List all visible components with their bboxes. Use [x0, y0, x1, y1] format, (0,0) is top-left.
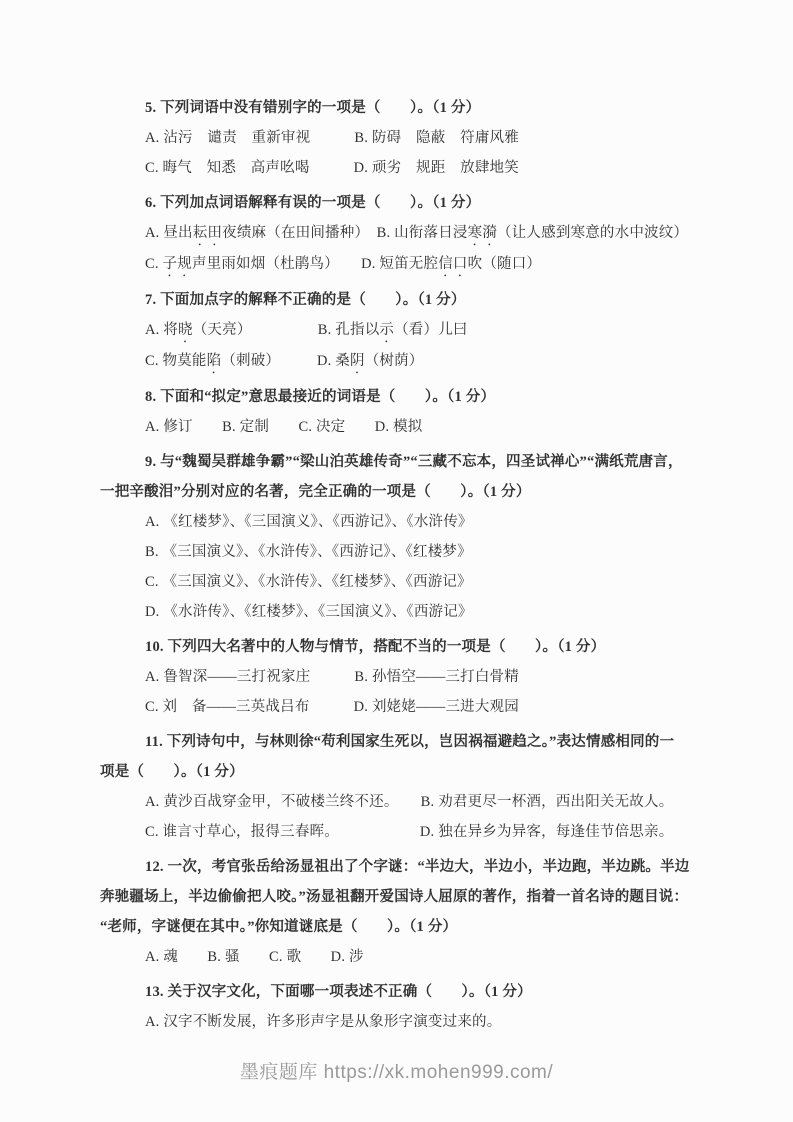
question-10: 10. 下列四大名著中的人物与情节，搭配不当的一项是（ ）。（1 分）A. 鲁智… — [100, 632, 715, 722]
question-9-option-line: C. 《三国演义》、《水浒传》、《红楼梦》、《西游记》 — [100, 567, 715, 597]
question-11: 11. 下列诗句中，与林则徐“苟利国家生死以，岂因祸福避趋之。”表达情感相同的一… — [100, 727, 715, 847]
watermark-text: 墨痕题库 https://xk.mohen999.com/ — [240, 1062, 553, 1083]
question-6-option-line: C. 子规声里雨如烟（杜鹃鸟） D. 短笛无腔信口吹（随口） — [100, 249, 715, 280]
question-6-option-line: A. 昼出耘田夜绩麻（在田间播种） B. 山衔落日浸寒漪（让人感到寒意的水中波纹… — [100, 218, 715, 249]
question-6: 6. 下列加点词语解释有误的一项是（ ）。（1 分）A. 昼出耘田夜绩麻（在田间… — [100, 188, 715, 280]
question-12-stem-line: 12. 一次，考官张岳给汤显祖出了个字谜：“半边大，半边小，半边跑，半边跳。半边 — [100, 852, 715, 882]
question-7-option-line: C. 物莫能陷（刺破） D. 桑阴（树荫） — [100, 346, 715, 377]
dotted-characters: 陷 — [207, 353, 222, 369]
question-11-option-line: C. 谁言寸草心，报得三春晖。 D. 独在异乡为异客，每逢佳节倍思亲。 — [100, 817, 715, 847]
question-11-option-line: A. 黄沙百战穿金甲，不破楼兰终不还。 B. 劝君更尽一杯酒，西出阳关无故人。 — [100, 787, 715, 817]
dotted-characters: 阴 — [350, 353, 365, 369]
question-9-option-line: B. 《三国演义》、《水浒传》、《西游记》、《红楼梦》 — [100, 537, 715, 567]
dotted-characters: 信口 — [438, 256, 467, 272]
question-9-stem-line: 9. 与“魏蜀吴群雄争霸”“梁山泊英雄传奇”“三藏不忘本，四圣试禅心”“满纸荒唐… — [100, 447, 715, 477]
question-11-stem-line: 项是（ ）。（1 分） — [100, 757, 715, 787]
question-list: 5. 下列词语中没有错别字的一项是（ ）。（1 分）A. 沾污 谴责 重新审视 … — [100, 93, 715, 1042]
footer-watermark: 墨痕题库 https://xk.mohen999.com/ — [0, 1060, 793, 1086]
dotted-characters: 耘田 — [193, 225, 222, 241]
question-9: 9. 与“魏蜀吴群雄争霸”“梁山泊英雄传奇”“三藏不忘本，四圣试禅心”“满纸荒唐… — [100, 447, 715, 627]
question-12-option-line: A. 魂 B. 骚 C. 歌 D. 涉 — [100, 942, 715, 972]
question-5-stem-line: 5. 下列词语中没有错别字的一项是（ ）。（1 分） — [100, 93, 715, 123]
question-11-stem-line: 11. 下列诗句中，与林则徐“苟利国家生死以，岂因祸福避趋之。”表达情感相同的一 — [100, 727, 715, 757]
question-12-stem-line: “老师，字谜便在其中。”你知道谜底是（ ）。（1 分） — [100, 912, 715, 942]
question-6-stem-line: 6. 下列加点词语解释有误的一项是（ ）。（1 分） — [100, 188, 715, 218]
question-10-option-line: A. 鲁智深——三打祝家庄 B. 孙悟空——三打白骨精 — [100, 662, 715, 692]
question-13-stem-line: 13. 关于汉字文化，下面哪一项表述不正确（ ）。（1 分） — [100, 977, 715, 1007]
question-9-stem-line: 一把辛酸泪”分别对应的名著，完全正确的一项是（ ）。（1 分） — [100, 477, 715, 507]
question-10-option-line: C. 刘 备——三英战吕布 D. 刘姥姥——三进大观园 — [100, 692, 715, 722]
dotted-characters: 子规 — [163, 256, 192, 272]
question-12: 12. 一次，考官张岳给汤显祖出了个字谜：“半边大，半边小，半边跑，半边跳。半边… — [100, 852, 715, 972]
question-7: 7. 下面加点字的解释不正确的是（ ）。（1 分）A. 将晓（天亮） B. 孔指… — [100, 285, 715, 377]
exam-page: 5. 下列词语中没有错别字的一项是（ ）。（1 分）A. 沾污 谴责 重新审视 … — [0, 0, 793, 1122]
question-7-stem-line: 7. 下面加点字的解释不正确的是（ ）。（1 分） — [100, 285, 715, 315]
question-9-option-line: A. 《红楼梦》、《三国演义》、《西游记》、《水浒传》 — [100, 507, 715, 537]
question-8-option-line: A. 修订 B. 定制 C. 决定 D. 模拟 — [100, 412, 715, 442]
dotted-characters: 示 — [379, 322, 394, 338]
question-10-stem-line: 10. 下列四大名著中的人物与情节，搭配不当的一项是（ ）。（1 分） — [100, 632, 715, 662]
question-5: 5. 下列词语中没有错别字的一项是（ ）。（1 分）A. 沾污 谴责 重新审视 … — [100, 93, 715, 183]
question-5-option-line: C. 晦气 知悉 高声吆喝 D. 顽劣 规距 放肆地笑 — [100, 153, 715, 183]
question-7-option-line: A. 将晓（天亮） B. 孔指以示（看）儿曰 — [100, 315, 715, 346]
question-13: 13. 关于汉字文化，下面哪一项表述不正确（ ）。（1 分）A. 汉字不断发展，… — [100, 977, 715, 1037]
dotted-characters: 晓 — [178, 322, 193, 338]
question-8: 8. 下面和“拟定”意思最接近的词语是（ ）。（1 分）A. 修订 B. 定制 … — [100, 382, 715, 442]
question-9-option-line: D. 《水浒传》、《红楼梦》、《三国演义》、《西游记》 — [100, 597, 715, 627]
question-5-option-line: A. 沾污 谴责 重新审视 B. 防碍 隐蔽 符庸风雅 — [100, 123, 715, 153]
question-13-option-line: A. 汉字不断发展，许多形声字是从象形字演变过来的。 — [100, 1007, 715, 1037]
dotted-characters: 寒漪 — [468, 225, 497, 241]
question-8-stem-line: 8. 下面和“拟定”意思最接近的词语是（ ）。（1 分） — [100, 382, 715, 412]
question-12-stem-line: 奔驰疆场上，半边偷偷把人咬。”汤显祖翻开爱国诗人屈原的著作，指着一首名诗的题目说… — [100, 882, 715, 912]
